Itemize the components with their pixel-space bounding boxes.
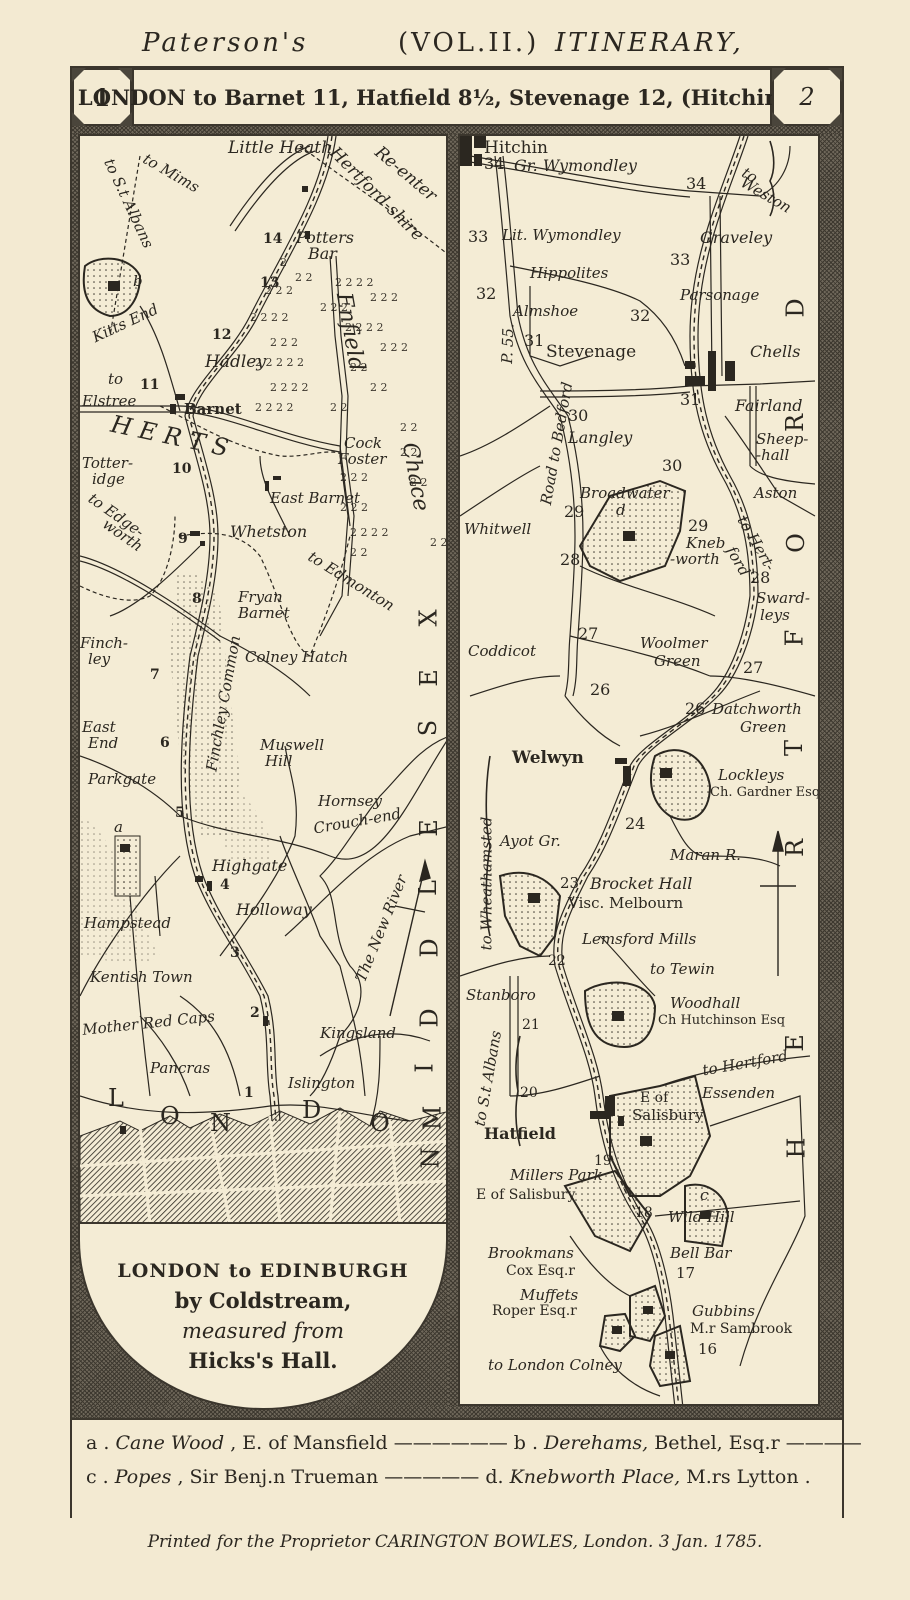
place-swardleys-2: leys (760, 608, 790, 623)
legend-d-key: d. (485, 1466, 503, 1488)
milestone-6: 6 (160, 736, 170, 750)
milestone-27a: 27 (578, 626, 598, 642)
milestone-2: 2 (250, 1006, 260, 1020)
cartouche-line-3: measured from (78, 1316, 448, 1346)
place-hornsey: Hornsey (318, 794, 382, 809)
place-finchley-2: ley (88, 652, 110, 667)
svg-text:2 2 2 2: 2 2 2 2 (335, 276, 373, 289)
milestone-20: 20 (520, 1086, 538, 1100)
middlesex-letter-3: D (418, 1008, 442, 1027)
place-potters-bar-2: Bar (308, 246, 337, 262)
place-elstree: Elstree (82, 394, 136, 409)
legend-a-place: Cane Wood (115, 1432, 224, 1454)
place-kentish-town: Kentish Town (90, 970, 193, 985)
legend-b-key: b . (514, 1432, 538, 1454)
place-e-of-salisbury: E of (640, 1091, 668, 1105)
place-datchworth-green: Datchworth (712, 702, 802, 717)
middlesex-N: N (419, 1148, 443, 1169)
place-finchley: Finch- (80, 636, 128, 651)
svg-text:2 2 2 2: 2 2 2 2 (350, 526, 388, 539)
svg-text:2 2 2 2: 2 2 2 2 (270, 381, 308, 394)
place-fairland: Fairland (735, 398, 803, 414)
svg-text:2 2: 2 2 (430, 536, 448, 549)
legend-a-rule: —————— (394, 1432, 508, 1454)
milestone-5: 5 (175, 806, 185, 820)
milestone-26a: 26 (590, 682, 610, 698)
place-brocket-hall: Brocket Hall (590, 876, 692, 892)
legend-b-place: Derehams, (544, 1432, 648, 1454)
place-stanboro: Stanboro (466, 988, 536, 1003)
milestone-30a: 30 (568, 408, 588, 424)
place-e-of-salisbury-b: E of Salisbury (476, 1188, 575, 1202)
place-welwyn: Welwyn (512, 750, 584, 767)
london-letter-5: O (370, 1111, 390, 1135)
place-bell-bar: Bell Bar (670, 1246, 731, 1261)
header-volume: (VOL.II.) (398, 28, 539, 58)
header-title-left: Paterson's (142, 28, 308, 58)
place-hippolites: Hippolites (530, 266, 608, 281)
legend-c-owner: , Sir Benj.n Trueman (177, 1466, 378, 1488)
hatch-band-right (820, 134, 842, 1406)
place-cock-foster: Cock (344, 436, 382, 451)
place-parsonage: Parsonage (680, 288, 759, 303)
place-islington: Islington (288, 1076, 355, 1091)
place-holloway: Holloway (236, 902, 312, 918)
place-visc-melbourn: Visc. Melbourn (568, 896, 683, 911)
place-coddicot: Coddicot (468, 644, 536, 659)
milestone-11: 11 (140, 378, 159, 392)
svg-text:2 2: 2 2 (350, 546, 368, 559)
hertford-letter-O: O (784, 533, 808, 553)
milestone-28b: 28 (750, 570, 770, 586)
place-langley: Langley (568, 430, 632, 446)
milestone-18: 18 (635, 1206, 653, 1220)
place-ch-gardner: Ch. Gardner Esq. (710, 786, 820, 799)
milestone-17: 17 (676, 1266, 695, 1281)
middlesex-letter-9: X (417, 609, 441, 626)
london-letter-2: O (160, 1104, 180, 1128)
legend-c-rule: ————— (384, 1466, 479, 1488)
middlesex-letter-4: D (418, 938, 442, 957)
milestone-9: 9 (178, 532, 188, 546)
milestone-26b: 26 (685, 701, 705, 717)
middlesex-letter-6: E (417, 819, 441, 837)
legend-a-owner: , E. of Mansfield (230, 1432, 387, 1454)
place-hatfield: Hatfield (484, 1126, 556, 1142)
milestone-33b: 33 (670, 252, 690, 268)
legend-a-key: a . (86, 1432, 109, 1454)
place-knebworth: Kneb (686, 536, 725, 551)
legend-c-key: c . (86, 1466, 109, 1488)
strip-number-right-text: 2 (799, 83, 814, 111)
left-strip-map: 22 22 2 2 2 2 2 22 2 22 2 2 2 2 2 22 2 2… (78, 134, 448, 1224)
left-strip-roads: 22 22 2 2 2 2 2 22 2 22 2 2 2 2 2 22 2 2… (80, 136, 448, 1224)
svg-text:2 2 2 2: 2 2 2 2 (255, 401, 293, 414)
legend-b-owner: Bethel, Esq.r (654, 1432, 779, 1454)
place-millers-park: Millers Park (510, 1168, 603, 1183)
place-to-tewin: to Tewin (650, 962, 715, 977)
place-whetston: Whetston (230, 524, 307, 540)
place-lit-wymondley: Lit. Wymondley (502, 228, 621, 243)
place-kingsland: Kingsland (320, 1026, 396, 1041)
milestone-31a: 31 (524, 333, 544, 349)
page-header: Paterson's (VOL.II.) ITINERARY, (0, 24, 910, 64)
place-pancras: Pancras (150, 1061, 210, 1076)
hatch-band-bottom (72, 1406, 842, 1418)
legend-row-1: a . Cane Wood , E. of Mansfield —————— b… (86, 1432, 862, 1454)
hertford-letter-R2: R (783, 414, 807, 432)
place-graveley: Graveley (700, 230, 772, 246)
milestone-4: 4 (220, 878, 230, 892)
milestone-21: 21 (522, 1018, 540, 1032)
svg-text:2 2: 2 2 (370, 381, 388, 394)
milestone-27b: 27 (743, 660, 763, 676)
place-woodhall: Woodhall (670, 996, 740, 1011)
milestone-33a: 33 (468, 229, 488, 245)
legend-row-2: c . Popes , Sir Benj.n Trueman ————— d. … (86, 1466, 811, 1488)
place-chells: Chells (750, 344, 800, 360)
legend-d-owner: M.rs Lytton . (686, 1466, 810, 1488)
milestone-28a: 28 (560, 552, 580, 568)
milestone-22: 22 (548, 954, 566, 968)
place-sambrook: M.r Sambrook (690, 1322, 792, 1336)
place-woolmer-green: Woolmer (640, 636, 708, 651)
place-muswell-hill: Muswell (260, 738, 324, 753)
place-little-heath: Little Heath (228, 140, 332, 157)
route-title: LONDON to Barnet 11, Hatfield 8½, Steven… (132, 68, 772, 126)
place-to-elstree: to (108, 372, 123, 387)
place-datchworth-green-2: Green (740, 720, 787, 735)
milestone-32a: 32 (476, 286, 496, 302)
svg-text:2 2: 2 2 (330, 401, 348, 414)
place-cox-esq: Cox Esq.r (506, 1264, 575, 1278)
place-east-barnet: East Barnet (270, 491, 360, 506)
cartouche-line-1: LONDON to EDINBURGH (78, 1256, 448, 1286)
place-ayot-gr: Ayot Gr. (500, 834, 561, 849)
milestone-10: 10 (172, 462, 191, 476)
place-broadwater: Broadwater (580, 486, 670, 501)
place-aston: Aston (754, 486, 797, 501)
label-to-wheathamsted: to Wheathamsted (479, 817, 494, 951)
place-stevenage: Stevenage (546, 344, 636, 361)
hertford-letter-R: R (783, 839, 807, 857)
place-hampstead: Hampstead (84, 916, 171, 931)
place-east-end-2: End (88, 736, 118, 751)
milestone-31b: 31 (680, 392, 700, 408)
milestone-30b: 30 (662, 458, 682, 474)
place-brookmans: Brookmans (488, 1246, 574, 1261)
middlesex-letter-2: I (413, 1063, 437, 1072)
legend-b-rule: ———— (786, 1432, 862, 1454)
hertford-letter-E: E (783, 1034, 807, 1052)
milestone-7: 7 (150, 668, 160, 682)
place-sheephall-2: -hall (756, 448, 789, 463)
place-colney-hatch: Colney Hatch (245, 650, 348, 665)
place-totteridge: Totter- (82, 456, 133, 471)
seat-a: a (114, 820, 123, 835)
place-ch-hutchinson: Ch Hutchinson Esq (658, 1014, 785, 1027)
hatch-band-middle (448, 134, 458, 1406)
place-muffets: Muffets (520, 1288, 578, 1303)
place-almshoe: Almshoe (513, 304, 578, 319)
seat-b: b (133, 274, 143, 289)
place-fryan-barnet: Fryan (238, 590, 283, 605)
milestone-12: 12 (212, 328, 231, 342)
place-barnet: Barnet (184, 402, 242, 417)
place-cock-foster-2: Foster (338, 452, 386, 467)
svg-text:2 2 2: 2 2 2 (380, 341, 408, 354)
place-highgate: Highgate (212, 858, 287, 874)
place-wild-hill: Wild Hill (668, 1210, 735, 1225)
place-swardleys: Sward- (756, 591, 810, 606)
middlesex-letter-1: M (420, 1106, 444, 1131)
milestone-23: 23 (560, 876, 579, 891)
cartouche-text: LONDON to EDINBURGH by Coldstream, measu… (78, 1256, 448, 1376)
publisher-imprint: Printed for the Proprietor CARINGTON BOW… (0, 1532, 910, 1552)
place-totteridge-2: idge (92, 472, 125, 487)
milestone-1: 1 (244, 1086, 254, 1100)
place-essenden: Essenden (702, 1086, 775, 1101)
hertford-letter-T: T (782, 740, 806, 756)
cartouche-line-2: by Coldstream, (78, 1286, 448, 1316)
milestone-3: 3 (230, 946, 240, 960)
place-gubbins: Gubbins (692, 1304, 755, 1319)
place-fryan-barnet-2: Barnet (238, 606, 290, 621)
milestone-34b: 34 (686, 176, 706, 192)
place-hadley: Hadley (205, 354, 266, 371)
place-east-end: East (82, 720, 116, 735)
middlesex-letter-8: E (417, 669, 441, 687)
seat-legend: a . Cane Wood , E. of Mansfield —————— b… (72, 1418, 842, 1518)
hertford-letter-D: D (784, 298, 808, 317)
place-roper-esq: Roper Esq.r (492, 1304, 577, 1318)
milestone-24: 24 (625, 816, 645, 832)
svg-text:2 2: 2 2 (295, 271, 313, 284)
milestone-13: 13 (260, 276, 279, 290)
strip-number-right: 2 (772, 68, 842, 126)
svg-text:2 2 2: 2 2 2 (270, 336, 298, 349)
legend-c-place: Popes (115, 1466, 172, 1488)
place-whitwell: Whitwell (464, 522, 531, 537)
svg-text:2 2: 2 2 (400, 421, 418, 434)
seat-c: c (700, 1188, 708, 1203)
seat-d: d (616, 503, 626, 518)
london-letter-1: L (108, 1086, 124, 1110)
milestone-14: 14 (263, 232, 282, 246)
place-e-of-salisbury-2: Salisbury (632, 1108, 703, 1123)
middlesex-letter-5: L (416, 880, 440, 896)
legend-d-place: Knebworth Place, (510, 1466, 681, 1488)
place-lockleys: Lockleys (718, 768, 784, 783)
london-letter-4: D (302, 1098, 321, 1122)
milestone-29a: 29 (564, 504, 584, 520)
right-strip-map: Hitchin 34 Gr. Wymondley 34 to Weston 33… (458, 134, 820, 1406)
middlesex-letter-7: S (416, 720, 440, 736)
place-lemsford-mills: Lemsford Mills (582, 932, 696, 947)
hertford-letter-H: H (784, 1138, 808, 1159)
milestone-29b: 29 (688, 518, 708, 534)
place-parkgate: Parkgate (88, 772, 156, 787)
label-maran-river: Maran R. (670, 848, 741, 863)
place-muswell-hill-2: Hill (265, 754, 292, 769)
label-p55: P. 55. (500, 323, 516, 364)
place-to-london-colney: to London Colney (488, 1358, 622, 1373)
header-title-right: ITINERARY, (555, 28, 744, 58)
hertford-letter-F: F (782, 630, 806, 647)
svg-text:2 2 2: 2 2 2 (370, 291, 398, 304)
place-sheephall: Sheep- (756, 432, 808, 447)
london-letter-3: N (210, 1111, 231, 1135)
cartouche-line-4: Hicks's Hall. (78, 1346, 448, 1376)
milestone-8: 8 (192, 592, 202, 606)
place-knebworth-2: -worth (670, 552, 720, 567)
place-gr-wymondley: Gr. Wymondley (514, 158, 637, 174)
milestone-16: 16 (698, 1342, 717, 1357)
place-woolmer-green-2: Green (654, 654, 701, 669)
milestone-32b: 32 (630, 308, 650, 324)
hatch-band-top (72, 126, 842, 134)
milestone-34a: 34 (484, 156, 504, 172)
